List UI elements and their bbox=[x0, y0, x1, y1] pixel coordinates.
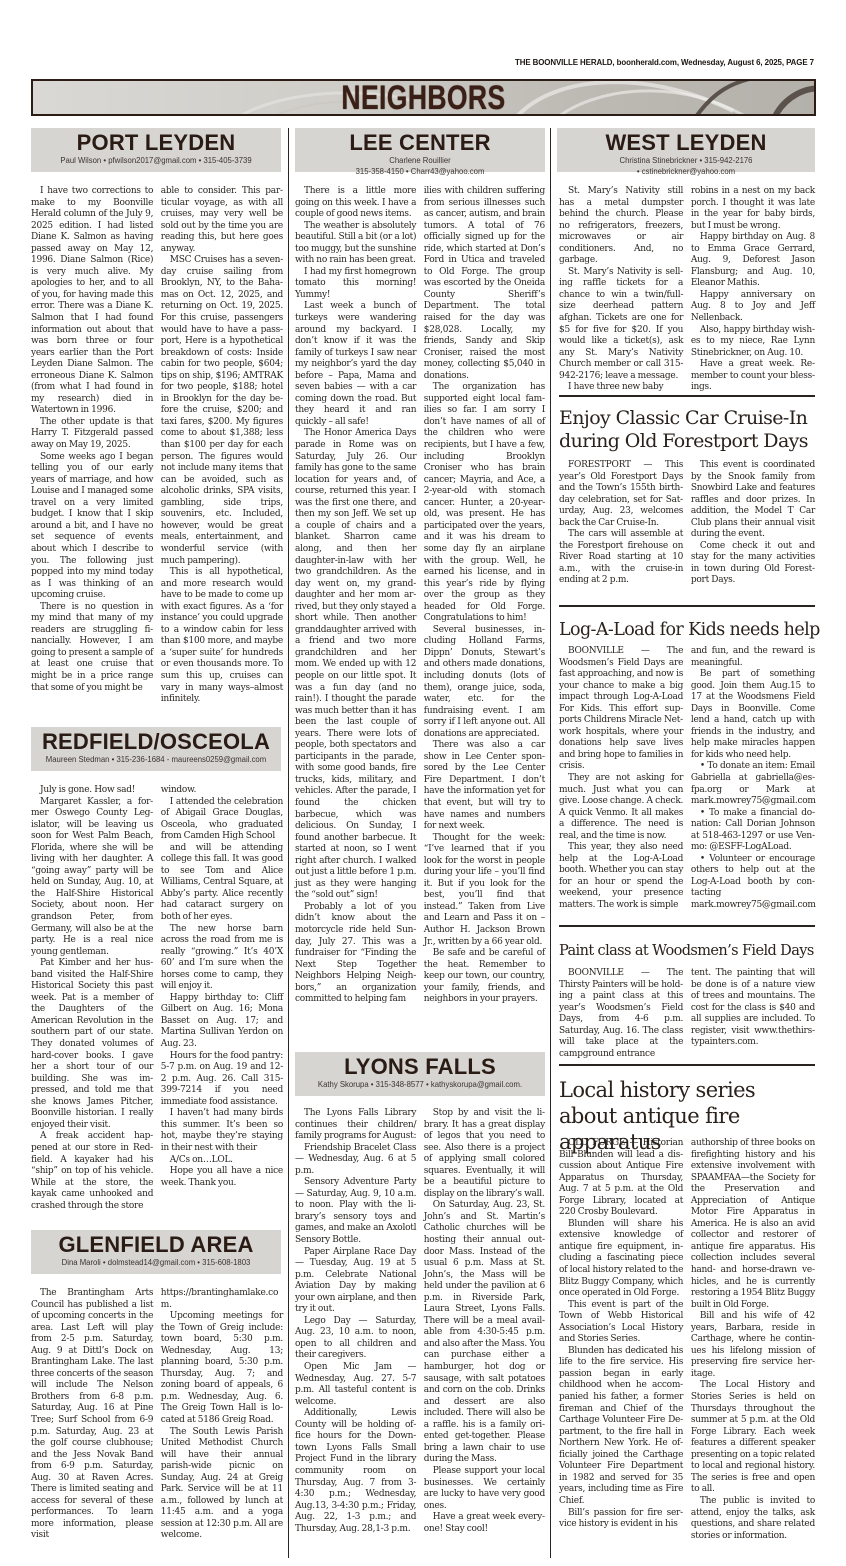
paragraph: Pat Kimber and her hus­band visited the … bbox=[31, 958, 153, 1131]
section-divider bbox=[559, 605, 815, 607]
paragraph: The new horse barn across the road from … bbox=[161, 924, 283, 993]
paragraph: FORESTPORT — This year’s Old Forestport … bbox=[559, 460, 683, 529]
paragraph: The Brantingham Arts Council has publish… bbox=[31, 1288, 153, 1542]
page-folio: THE BOONVILLE HERALD, boonherald.com, We… bbox=[515, 57, 814, 67]
paragraph: Come check it out and stay for the many … bbox=[691, 541, 815, 587]
paragraph: able to consider. This par­ticular voyag… bbox=[161, 186, 283, 255]
article-column: The Brantingham Arts Council has publish… bbox=[31, 1288, 153, 1542]
paragraph: BOONVILLE — The Woodsmen’s Field Days ar… bbox=[559, 646, 683, 773]
article-column: I have two corrections to make to my Boo… bbox=[31, 186, 153, 706]
paragraph: and will be attending college this fall.… bbox=[161, 843, 283, 924]
section-contact: Paul Wilson • pfwilson2017@gmail.com • 3… bbox=[44, 155, 269, 166]
column-divider-left bbox=[288, 128, 289, 1558]
paragraph: Thought for the week: “I’ve learned that… bbox=[424, 833, 545, 948]
paragraph: I have three new baby bbox=[559, 382, 683, 394]
paragraph: Probably a lot of you didn’t know about … bbox=[295, 902, 416, 1006]
paragraph: A/Cs on…LOL. bbox=[161, 1155, 283, 1167]
section-title: LEE CENTER bbox=[295, 131, 545, 155]
paragraph: I have two corrections to make to my Boo… bbox=[31, 186, 153, 417]
article-column: The Lyons Falls Library continues their … bbox=[295, 1108, 416, 1535]
paragraph: tent. The painting that will be done is … bbox=[691, 968, 815, 1049]
article-fire-apparatus: OLD FORGE — Historian Bill Blunden will … bbox=[559, 1138, 815, 1542]
paragraph: • To donate an item: Email Gabriella at … bbox=[691, 761, 815, 807]
paragraph: The organization has supported eight loc… bbox=[424, 382, 545, 624]
paragraph: Bill’s passion for fire ser­vice history… bbox=[559, 1508, 683, 1531]
paragraph: Have a great week. Re­member to count yo… bbox=[691, 359, 815, 394]
article-column: There is a little more going on this wee… bbox=[295, 186, 416, 1006]
paragraph: Last week a bunch of turkeys were wander… bbox=[295, 301, 416, 428]
section-title: WEST LEYDEN bbox=[557, 131, 815, 155]
column-divider-right bbox=[550, 128, 551, 1558]
paragraph: The cars will assemble at the Forestport… bbox=[559, 529, 683, 587]
paragraph: Blunden has dedicated his life to the fi… bbox=[559, 1346, 683, 1508]
section-divider bbox=[559, 395, 815, 397]
paragraph: Happy birthday on Aug. 8 to Emma Grace G… bbox=[691, 232, 815, 290]
paragraph: Hope you all have a nice week. Thank you… bbox=[161, 1166, 283, 1189]
paragraph: BOONVILLE — The Thirsty Painters will be… bbox=[559, 968, 683, 1060]
section-head-west-leyden: WEST LEYDEN Christina Stinebrickner • 31… bbox=[557, 128, 815, 172]
paragraph: • To make a financial do­nation: Call Do… bbox=[691, 808, 815, 854]
paragraph: A freak accident hap­pened at our store … bbox=[31, 1131, 153, 1212]
article-column: able to consider. This par­ticular voyag… bbox=[161, 186, 283, 706]
paragraph: Be safe and be careful of the heat. Reme… bbox=[424, 948, 545, 1006]
paragraph: Be part of something good. Join them Aug… bbox=[691, 669, 815, 761]
paragraph: Additionally, Lewis County will be holdi… bbox=[295, 1408, 416, 1535]
paragraph: The other update is that Harry T. Fitzge… bbox=[31, 417, 153, 452]
section-contact: Maureen Stedman • 315-236-1684 - maureen… bbox=[44, 754, 269, 765]
paragraph: ilies with children suffer­ing from seri… bbox=[424, 186, 545, 382]
article-column: BOONVILLE — The Woodsmen’s Field Days ar… bbox=[559, 646, 683, 912]
section-contact-name: Charlene Rouillier bbox=[308, 155, 533, 166]
paragraph: This year, they also need help at the Lo… bbox=[559, 842, 683, 911]
paragraph: Please support your local businesses. We… bbox=[424, 1466, 545, 1512]
paragraph: On Saturday, Aug. 23, St. John’s and St.… bbox=[424, 1200, 545, 1466]
paragraph: St. Mary’s Nativity is sell­ing raffle t… bbox=[559, 267, 683, 382]
paragraph: https://brantinghamlake.com. bbox=[161, 1288, 283, 1311]
paragraph: OLD FORGE — Historian Bill Blunden will … bbox=[559, 1138, 683, 1219]
paragraph: Blunden will share his extensive knowled… bbox=[559, 1219, 683, 1300]
article-column: ilies with children suffer­ing from seri… bbox=[424, 186, 545, 1006]
banner-title: NEIGHBORS bbox=[119, 79, 728, 116]
paragraph: Have a great week every­one! Stay cool! bbox=[424, 1512, 545, 1535]
article-port-leyden: I have two corrections to make to my Boo… bbox=[31, 186, 283, 706]
article-column: tent. The painting that will be done is … bbox=[691, 968, 815, 1060]
section-contact-email: • cstinebrickner@yahoo.com bbox=[570, 166, 802, 177]
paragraph: Happy birthday to: Cliff Gilbert on Aug.… bbox=[161, 993, 283, 1051]
paragraph: This event is part of the Town of Webb H… bbox=[559, 1300, 683, 1346]
section-title: REDFIELD/OSCEOLA bbox=[31, 730, 281, 754]
paragraph: robins in a nest on my back porch. I tho… bbox=[691, 186, 815, 232]
section-divider bbox=[559, 1064, 815, 1066]
paragraph: There is no question in my mind that man… bbox=[31, 602, 153, 694]
article-column: FORESTPORT — This year’s Old Forestport … bbox=[559, 460, 683, 587]
article-column: https://brantinghamlake.com. Upcoming me… bbox=[161, 1288, 283, 1542]
article-column: St. Mary’s Nativity still has a metal du… bbox=[559, 186, 683, 394]
article-column: This event is coordinated by the Snook f… bbox=[691, 460, 815, 587]
section-head-redfield-osceola: REDFIELD/OSCEOLA Maureen Stedman • 315-2… bbox=[31, 727, 281, 771]
section-head-port-leyden: PORT LEYDEN Paul Wilson • pfwilson2017@g… bbox=[31, 128, 281, 172]
section-head-lyons-falls: LYONS FALLS Kathy Skorupa • 315-348-8577… bbox=[295, 1052, 545, 1096]
paragraph: Also, happy birthday wish­es to my niece… bbox=[691, 325, 815, 360]
section-title: GLENFIELD AREA bbox=[31, 1233, 281, 1257]
paragraph: There is a little more going on this wee… bbox=[295, 186, 416, 221]
section-title: LYONS FALLS bbox=[295, 1055, 545, 1079]
paragraph: Stop by and visit the li­brary. It has a… bbox=[424, 1108, 545, 1200]
paragraph: Paper Airplane Race Day — Tuesday, Aug. … bbox=[295, 1247, 416, 1316]
article-column: and fun, and the reward is meaningful. B… bbox=[691, 646, 815, 912]
article-column: Stop by and visit the li­brary. It has a… bbox=[424, 1108, 545, 1535]
paragraph: Some weeks ago I be­gan telling you of o… bbox=[31, 452, 153, 602]
paragraph: The Lyons Falls Library continues their … bbox=[295, 1108, 416, 1143]
article-column: July is gone. How sad! Margaret Kassler,… bbox=[31, 785, 153, 1212]
paragraph: Upcoming meetings for the Town of Greig … bbox=[161, 1311, 283, 1426]
paragraph: July is gone. How sad! bbox=[31, 785, 153, 797]
article-paint-class: BOONVILLE — The Thirsty Painters will be… bbox=[559, 968, 815, 1060]
section-title: PORT LEYDEN bbox=[31, 131, 281, 155]
article-redfield-osceola: July is gone. How sad! Margaret Kassler,… bbox=[31, 785, 283, 1212]
section-head-glenfield-area: GLENFIELD AREA Dina Maroli • dolmstead14… bbox=[31, 1230, 281, 1274]
article-column: window. I attended the cele­bration of A… bbox=[161, 785, 283, 1212]
paragraph: This is all hypothetical, and more resea… bbox=[161, 567, 283, 706]
paragraph: I had my first home­grown tomato this mo… bbox=[295, 267, 416, 302]
article-glenfield-area: The Brantingham Arts Council has publish… bbox=[31, 1288, 283, 1542]
headline-car-cruise: Enjoy Classic Car Cruise-In during Old F… bbox=[559, 407, 817, 453]
paragraph: Sensory Adventure Party — Saturday, Aug.… bbox=[295, 1177, 416, 1246]
paragraph: and fun, and the reward is meaningful. bbox=[691, 646, 815, 669]
article-west-leyden: St. Mary’s Nativity still has a metal du… bbox=[559, 186, 815, 394]
headline-paint-class: Paint class at Woodsmen’s Field Days bbox=[559, 941, 817, 961]
section-contact-details: 315-358-4150 • Charr43@yahoo.com bbox=[308, 166, 533, 177]
paragraph: MSC Cruises has a sev­en-day cruise sail… bbox=[161, 255, 283, 567]
section-head-lee-center: LEE CENTER Charlene Rouillier 315-358-41… bbox=[295, 128, 545, 172]
paragraph: Margaret Kassler, a for­mer Oswego Count… bbox=[31, 797, 153, 959]
paragraph: Several businesses, in­cluding Holland F… bbox=[424, 625, 545, 740]
paragraph: The Honor America Days parade in Rome wa… bbox=[295, 428, 416, 901]
article-column: authorship of three books on firefightin… bbox=[691, 1138, 815, 1542]
article-log-a-load: BOONVILLE — The Woodsmen’s Field Days ar… bbox=[559, 646, 815, 912]
paragraph: St. Mary’s Nativity still has a metal du… bbox=[559, 186, 683, 267]
paragraph: I attended the cele­bration of Abigail G… bbox=[161, 797, 283, 843]
paragraph: The South Lewis Parish United Methodist … bbox=[161, 1427, 283, 1542]
paragraph: Friendship Bracelet Class — Wednesday, A… bbox=[295, 1143, 416, 1178]
article-lyons-falls: The Lyons Falls Library continues their … bbox=[295, 1108, 545, 1535]
section-contact: Kathy Skorupa • 315-348-8577 • kathyskor… bbox=[308, 1079, 533, 1090]
section-contact-phone: Christina Stinebrickner • 315-942-2176 bbox=[570, 155, 802, 166]
paragraph: Open Mic Jam — Wednesday, Aug. 27. 5-7 p… bbox=[295, 1362, 416, 1408]
paragraph: Happy anniversary on Aug. 8 to Joy and J… bbox=[691, 290, 815, 325]
article-column: OLD FORGE — Historian Bill Blunden will … bbox=[559, 1138, 683, 1542]
section-contact: Dina Maroli • dolmstead14@gmail.com • 31… bbox=[44, 1257, 269, 1268]
paragraph: Hours for the food pan­try: 5-7 p.m. on … bbox=[161, 1051, 283, 1109]
paragraph: authorship of three books on firefightin… bbox=[691, 1138, 815, 1311]
paragraph: Bill and his wife of 42 years, Barbara, … bbox=[691, 1311, 815, 1380]
paragraph: window. bbox=[161, 785, 283, 797]
article-lee-center: There is a little more going on this wee… bbox=[295, 186, 545, 1006]
paragraph: I haven’t had many birds this summer. It… bbox=[161, 1108, 283, 1154]
headline-log-a-load: Log-A-Load for Kids needs help bbox=[559, 619, 817, 641]
paragraph: • Volunteer or encourage others to help … bbox=[691, 854, 815, 912]
article-column: robins in a nest on my back porch. I tho… bbox=[691, 186, 815, 394]
paragraph: The public is invited to attend, enjoy t… bbox=[691, 1496, 815, 1542]
paragraph: The Local History and Stories Series is … bbox=[691, 1380, 815, 1495]
article-column: BOONVILLE — The Thirsty Painters will be… bbox=[559, 968, 683, 1060]
paragraph: The weather is absolute­ly beautiful. St… bbox=[295, 221, 416, 267]
paragraph: There was also a car show in Lee Center … bbox=[424, 740, 545, 832]
paragraph: They are not asking for much. Just what … bbox=[559, 773, 683, 842]
section-divider bbox=[559, 925, 815, 927]
paragraph: This event is coordinated by the Snook f… bbox=[691, 460, 815, 541]
paragraph: Lego Day — Saturday, Aug. 23, 10 a.m. to… bbox=[295, 1316, 416, 1362]
article-car-cruise: FORESTPORT — This year’s Old Forestport … bbox=[559, 460, 815, 587]
section-banner: NEIGHBORS bbox=[31, 79, 816, 116]
